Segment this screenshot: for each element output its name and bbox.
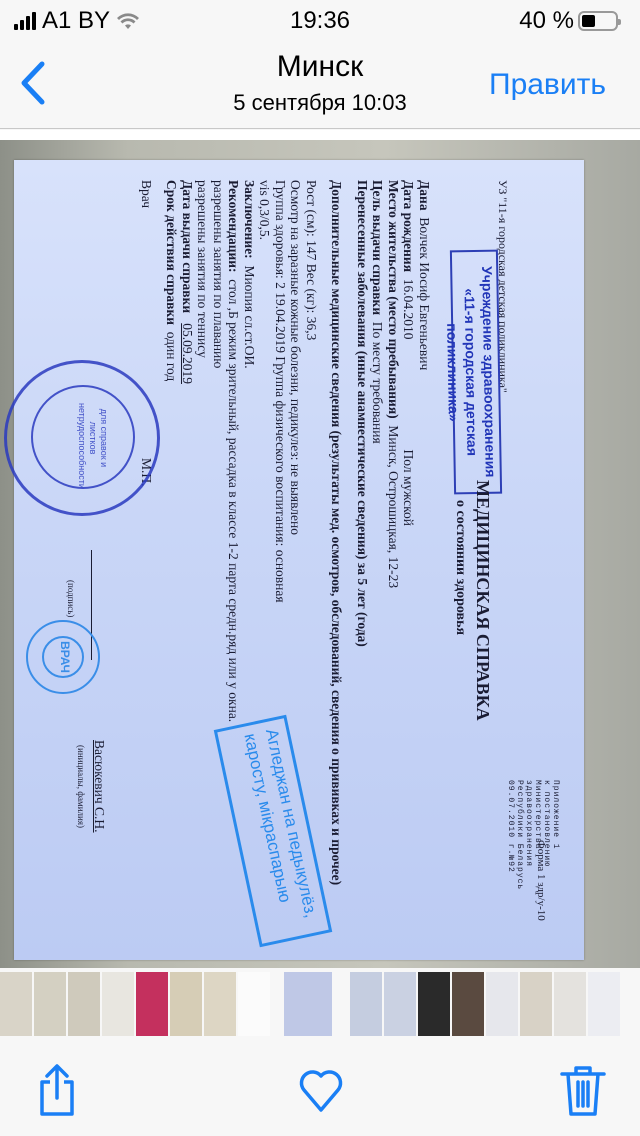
thumbnail[interactable] xyxy=(588,972,620,1036)
thumbnail[interactable] xyxy=(350,972,382,1036)
thumbnail[interactable] xyxy=(136,972,168,1036)
thumbnail[interactable] xyxy=(384,972,416,1036)
thumbnail[interactable] xyxy=(68,972,100,1036)
trash-icon[interactable] xyxy=(558,1064,608,1118)
signature-caption: (подпись) xyxy=(63,580,79,617)
form-label: Форма 1 здр/у-10 xyxy=(533,840,549,921)
document-title: МЕДИЦИНСКАЯ СПРАВКА xyxy=(475,480,491,721)
thumbnail[interactable] xyxy=(238,972,270,1036)
thumbnail[interactable] xyxy=(0,972,32,1036)
edit-button[interactable]: Править xyxy=(489,68,606,102)
thumbnail[interactable] xyxy=(204,972,236,1036)
thumbnail[interactable] xyxy=(102,972,134,1036)
thumbnail[interactable] xyxy=(554,972,586,1036)
status-bar: A1 BY 19:36 40 % xyxy=(0,0,640,40)
thumbnail[interactable] xyxy=(452,972,484,1036)
thumbnail[interactable] xyxy=(34,972,66,1036)
doctor-name: Васюкевич С.Н. xyxy=(92,740,108,833)
bottom-toolbar xyxy=(0,1036,640,1136)
thumbnail-selected[interactable] xyxy=(284,972,332,1036)
thumbnail-strip[interactable] xyxy=(0,970,640,1036)
thumbnail[interactable] xyxy=(520,972,552,1036)
doctor-name-caption: (инициалы, фамилия) xyxy=(73,745,89,828)
round-stamp: для справок и листков нетрудоспособности xyxy=(4,360,160,516)
medical-certificate: Приложение 1к постановлениюМинистерства … xyxy=(40,180,560,940)
thumbnail[interactable] xyxy=(418,972,450,1036)
heart-icon[interactable] xyxy=(296,1064,346,1118)
doctor-stamp: ВРАЧ xyxy=(26,620,100,694)
thumbnail[interactable] xyxy=(486,972,518,1036)
institution-stamp: Учреждение здравоохранения«11-я городска… xyxy=(450,250,502,495)
battery-percent: 40 % xyxy=(519,7,574,35)
nav-bar: Минск 5 сентября 10:03 Править xyxy=(0,40,640,129)
document-subtitle: о состоянии здоровья xyxy=(453,500,469,635)
thumbnail[interactable] xyxy=(170,972,202,1036)
share-icon[interactable] xyxy=(32,1064,82,1118)
battery-icon xyxy=(578,11,618,31)
photo-viewer[interactable]: Приложение 1к постановлениюМинистерства … xyxy=(0,130,640,968)
